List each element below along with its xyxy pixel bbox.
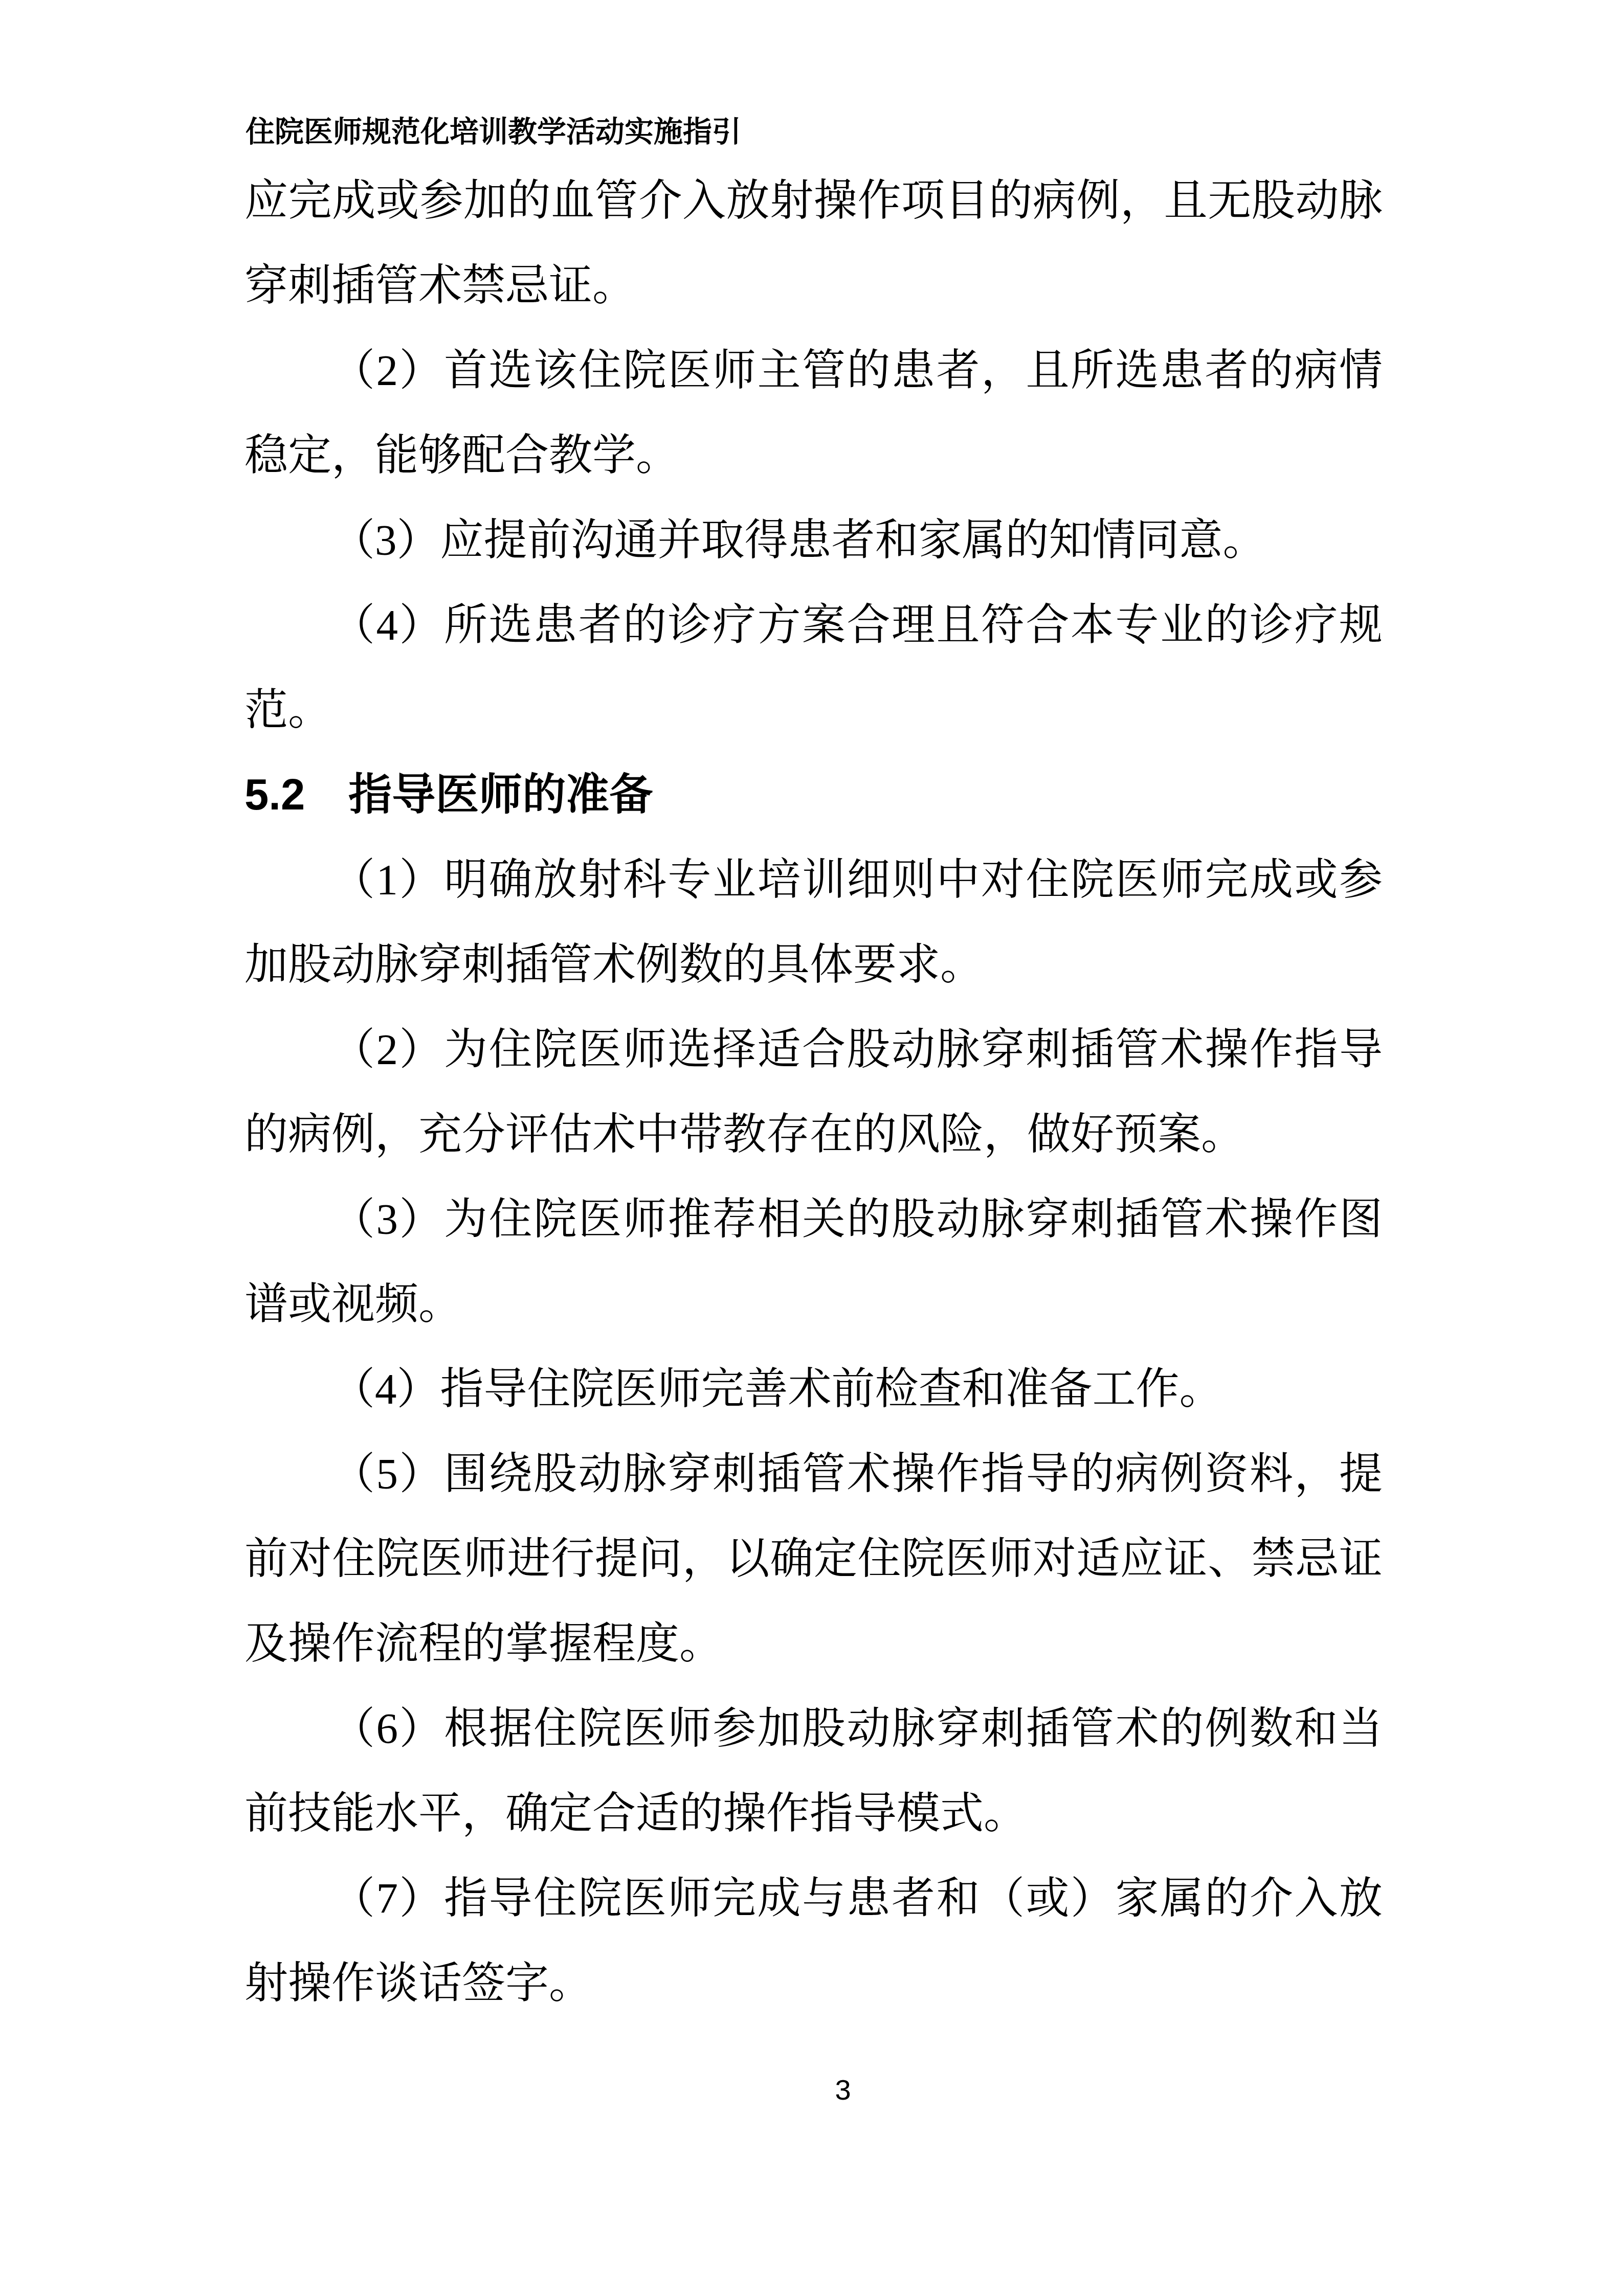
paragraph-5-2-item-6: （6）根据住院医师参加股动脉穿刺插管术的例数和当前技能水平，确定合适的操作指导模… (244, 1686, 1383, 1856)
page-number: 3 (835, 2074, 851, 2106)
paragraph-5-2-item-3: （3）为住院医师推荐相关的股动脉穿刺插管术操作图谱或视频。 (244, 1177, 1383, 1347)
section-heading-5-2: 5.2 指导医师的准备 (244, 753, 1383, 838)
paragraph-item-2: （2）首选该住院医师主管的患者，且所选患者的病情稳定，能够配合教学。 (244, 328, 1383, 498)
paragraph-5-2-item-5: （5）围绕股动脉穿刺插管术操作指导的病例资料，提前对住院医师进行提问，以确定住院… (244, 1432, 1383, 1686)
document-body: 应完成或参加的血管介入放射操作项目的病例，且无股动脉穿刺插管术禁忌证。 （2）首… (244, 159, 1383, 2026)
paragraph-5-2-item-7: （7）指导住院医师完成与患者和（或）家属的介入放射操作谈话签字。 (244, 1856, 1383, 2026)
page-background: 住院医师规范化培训教学活动实施指引 应完成或参加的血管介入放射操作项目的病例，且… (0, 0, 1624, 2296)
document-page: { "document": { "header": "住院医师规范化培训教学活动… (0, 0, 1624, 2296)
paragraph-item-3: （3）应提前沟通并取得患者和家属的知情同意。 (244, 498, 1383, 583)
paragraph-continuation: 应完成或参加的血管介入放射操作项目的病例，且无股动脉穿刺插管术禁忌证。 (244, 159, 1383, 328)
page-header-title: 住院医师规范化培训教学活动实施指引 (246, 115, 741, 150)
paragraph-5-2-item-4: （4）指导住院医师完善术前检查和准备工作。 (244, 1347, 1383, 1432)
paragraph-5-2-item-1: （1）明确放射科专业培训细则中对住院医师完成或参加股动脉穿刺插管术例数的具体要求… (244, 838, 1383, 1007)
paragraph-item-4: （4）所选患者的诊疗方案合理且符合本专业的诊疗规范。 (244, 583, 1383, 753)
paragraph-5-2-item-2: （2）为住院医师选择适合股动脉穿刺插管术操作指导的病例，充分评估术中带教存在的风… (244, 1007, 1383, 1177)
